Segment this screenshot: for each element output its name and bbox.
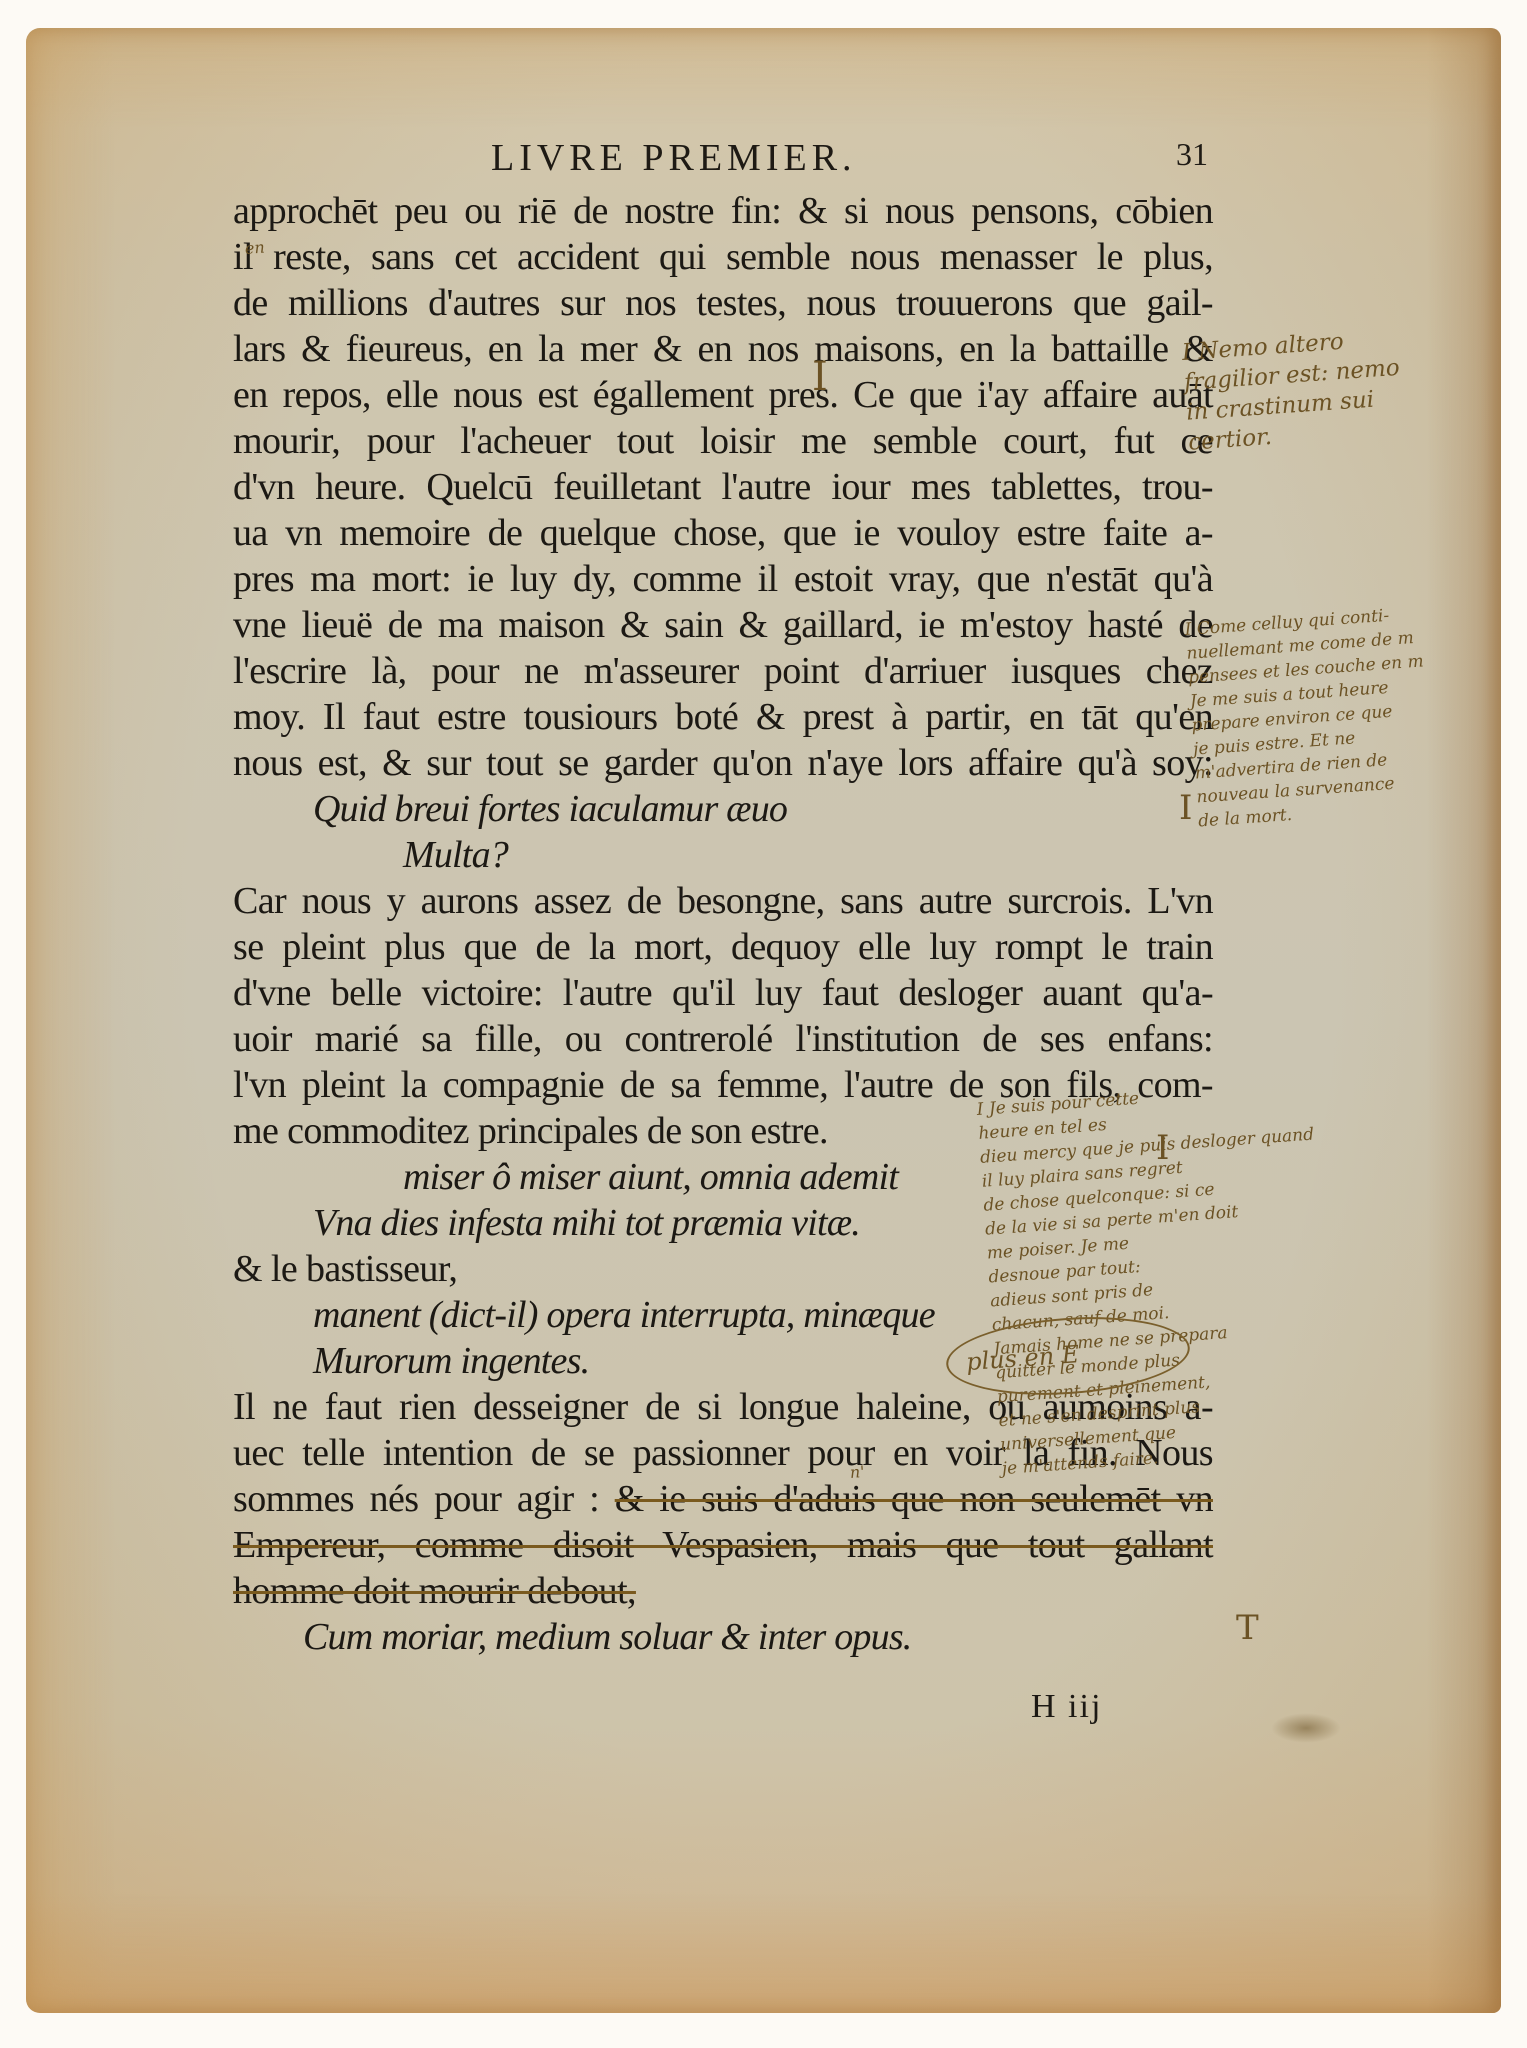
insertion-mark-icon: I xyxy=(1179,788,1192,828)
text-line-partly-struck: sommes nés pour agir : & ie suis d'aduis… xyxy=(233,1476,1213,1522)
text-line: moy. Il faut estre tousiours boté & pres… xyxy=(233,694,1213,740)
ink-smudge xyxy=(1271,1713,1341,1743)
text-line: vne lieuë de ma maison & sain & gaillard… xyxy=(233,602,1213,648)
text-line: d'vn heure. Quelcū feuilletant l'autre i… xyxy=(233,464,1213,510)
page-number: 31 xyxy=(1176,136,1208,173)
text-line: nous est, & sur tout se garder qu'on n'a… xyxy=(233,740,1213,786)
text-line: ua vn memoire de quelque chose, que ie v… xyxy=(233,510,1213,556)
interlinear-annotation: en xyxy=(244,235,266,262)
struck-text-line: Empereur, comme disoit Vespasien, mais q… xyxy=(233,1522,1213,1568)
text-line: il reste, sans cet accident qui semble n… xyxy=(233,234,1213,280)
struck-text-line: homme doit mourir debout, xyxy=(233,1568,1213,1614)
text-line: uoir marié sa fille, ou contrerolé l'ins… xyxy=(233,1016,1213,1062)
text-line: l'escrire là, pour ne m'asseurer point d… xyxy=(233,648,1213,694)
text-line: d'vne belle victoire: l'autre qu'il luy … xyxy=(233,970,1213,1016)
text-line: Car nous y aurons assez de besongne, san… xyxy=(233,878,1213,924)
text-line: approchēt peu ou riē de nostre fin: & si… xyxy=(233,188,1213,234)
text-line: lars & fieureus, en la mer & en nos mais… xyxy=(233,326,1213,372)
running-head: LIVRE PREMIER. xyxy=(491,136,857,180)
verse-line: Quid breui fortes iaculamur æuo xyxy=(233,786,1213,832)
interlinear-annotation: n' xyxy=(849,1459,865,1486)
text-line: mourir, pour l'acheuer tout loisir me se… xyxy=(233,418,1213,464)
verse-line: Multa? xyxy=(233,832,1213,878)
margin-annotation: I Come celluy qui conti- nuellemant me c… xyxy=(1184,602,1434,834)
margin-annotation: I Je suis pour cette heure en tel es die… xyxy=(976,1075,1337,1481)
signature-mark: H iij xyxy=(1031,1688,1102,1726)
text-line: en repos, elle nous est égallement pres.… xyxy=(233,372,1213,418)
text-line: de millions d'autres sur nos testes, nou… xyxy=(233,280,1213,326)
insertion-mark-icon: T xyxy=(1236,1608,1259,1648)
text-segment: sommes nés pour agir : xyxy=(233,1478,615,1520)
text-line: pres ma mort: ie luy dy, comme il estoit… xyxy=(233,556,1213,602)
book-page: LIVRE PREMIER. 31 approchēt peu ou riē d… xyxy=(26,28,1501,2013)
struck-text-segment: & ie suis d'aduis que non seulemēt vn xyxy=(615,1478,1213,1520)
verse-line: Cum moriar, medium soluar & inter opus. xyxy=(233,1614,1213,1660)
insertion-mark-icon: I xyxy=(812,354,828,400)
text-line: se pleint plus que de la mort, dequoy el… xyxy=(233,924,1213,970)
margin-annotation: I Nemo altero fragilior est: nemo in cra… xyxy=(1181,323,1405,458)
